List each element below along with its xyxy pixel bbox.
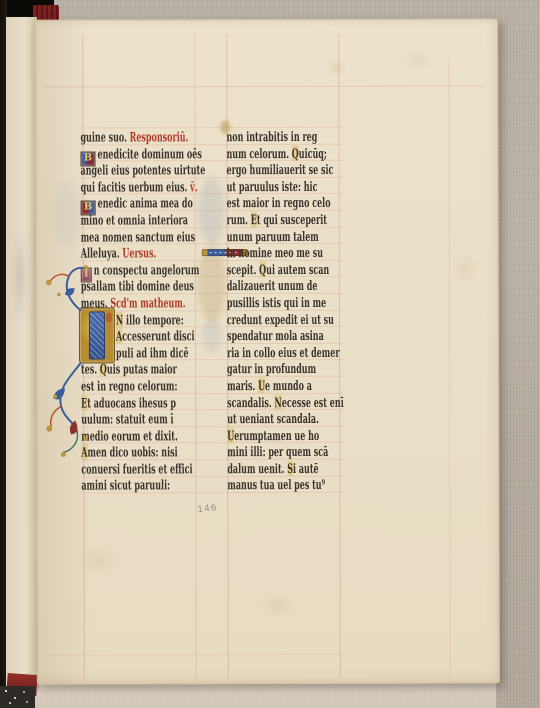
text-line: unum paruum talem <box>227 227 343 244</box>
manuscript-photograph: guine suo. Responsoriū.Benedicite dominu… <box>0 0 540 708</box>
text-segment: ut paruulus iste: hic <box>227 178 318 194</box>
text-segment: v̄. <box>190 178 197 194</box>
text-segment: unum paruum talem <box>227 228 319 244</box>
text-line: amini sicut paruuli: <box>81 477 201 494</box>
text-segment: mini illi: per quem scā <box>227 444 328 460</box>
text-segment: maris. <box>227 377 258 393</box>
text-segment: mea nomen sanctum eius <box>81 228 195 244</box>
text-segment: conuersi fueritis et effici <box>81 461 192 477</box>
text-segment: U <box>227 427 234 443</box>
show-through-ghost <box>10 212 30 342</box>
text-segment: erumptamen ue ho <box>234 427 319 443</box>
text-line: scandalis. Necesse est enī <box>227 393 343 410</box>
text-line: conuersi fueritis et effici <box>81 460 201 477</box>
text-segment: Responsoriū. <box>130 129 189 145</box>
text-line: dalum uenit. Si autē <box>227 460 343 477</box>
ruling-line-horizontal <box>44 85 484 87</box>
text-line: gatur in profundum <box>227 360 343 377</box>
text-segment: enedic anima mea do <box>98 195 193 211</box>
text-line: mea nomen sanctum eius <box>81 228 201 245</box>
text-segment: angeli eius potentes uirtute <box>81 162 206 178</box>
text-segment: scepit. <box>227 261 259 277</box>
ruling-lines <box>36 19 497 20</box>
text-line: ergo humiliauerit se sic <box>227 161 343 178</box>
text-line: Benedicite dominum oēs <box>80 145 200 162</box>
text-segment: guine suo. <box>80 129 129 145</box>
text-line: pusillis istis qui in me <box>227 294 343 311</box>
text-segment: enedicite dominum oēs <box>97 145 201 161</box>
marginal-foliate-decoration <box>41 260 114 460</box>
text-segment: num celorum. <box>226 145 291 161</box>
text-line: est maior in regno celo <box>227 194 343 211</box>
text-line: mini illi: per quem scā <box>227 443 343 460</box>
text-segment: spendatur mola asina <box>227 327 324 343</box>
text-segment: credunt expedit ei ut su <box>227 311 334 327</box>
text-segment: ergo humiliauerit se sic <box>227 162 334 178</box>
text-segment: scandalis. <box>227 394 274 410</box>
text-segment: Scd'm matheum. <box>110 295 185 311</box>
text-segment: Uersus. <box>122 245 156 261</box>
text-line: Benedic anima mea do <box>81 195 201 212</box>
text-line: maris. Ue mundo a <box>227 377 343 394</box>
folio-number-pencil: 146 <box>197 503 218 515</box>
book-cover-corner <box>0 686 35 708</box>
text-line: guine suo. Responsoriū. <box>80 128 200 145</box>
ruling-line-vertical <box>448 60 451 678</box>
text-line: Uerumptamen ue ho <box>227 426 343 443</box>
text-line: credunt expedit ei ut su <box>227 310 343 327</box>
text-segment: i autē <box>293 460 319 476</box>
text-segment: in nomine meo me su <box>227 245 323 261</box>
show-through-ghost <box>199 178 225 244</box>
text-segment: mino et omnia interiora <box>81 212 188 228</box>
text-segment: Alleluya. <box>81 245 123 261</box>
show-through-ghost <box>53 182 81 248</box>
text-line: manus tua uel pes tu⁹ <box>227 476 343 493</box>
text-line: Alleluya. Uersus. <box>81 244 201 261</box>
manuscript-page: guine suo. Responsoriū.Benedicite dominu… <box>35 18 500 684</box>
text-line: ut ueniant scandala. <box>227 410 343 427</box>
text-segment: Q <box>292 145 299 161</box>
text-line: scepit. Qui autem scan <box>227 261 343 278</box>
text-line: ria in collo eius et demer <box>227 344 343 361</box>
text-segment: e mundo a <box>265 377 312 393</box>
text-segment: non intrabitis in reg <box>226 128 317 144</box>
text-segment: manus tua uel pes tu⁹ <box>227 477 325 493</box>
text-line: mino et omnia interiora <box>81 211 201 228</box>
text-segment: ccesserunt disci <box>122 328 194 344</box>
text-segment: ecesse est enī <box>282 394 344 410</box>
text-segment: dalizauerit unum de <box>227 278 318 294</box>
text-line: spendatur mola asina <box>227 327 343 344</box>
text-segment: ut ueniant scandala. <box>227 410 319 426</box>
text-segment: t qui susceperit <box>257 211 327 227</box>
text-line: non intrabitis in reg <box>226 128 342 145</box>
text-segment: amini sicut paruuli: <box>81 477 170 493</box>
underlying-page-edge <box>6 17 37 689</box>
text-segment: gatur in profundum <box>227 361 316 377</box>
text-segment: est maior in regno celo <box>227 195 331 211</box>
text-segment: puli ad ihm dicē <box>116 344 189 360</box>
text-segment: qui facitis uerbum eius. <box>81 178 191 194</box>
text-line: angeli eius potentes uirtute <box>81 161 201 178</box>
text-segment: rum. <box>227 212 251 228</box>
text-segment: uis putas maior <box>107 361 177 377</box>
text-column-right: non intrabitis in regnum celorum. Quicūq… <box>226 128 343 493</box>
text-segment: ui autem scan <box>266 261 329 277</box>
text-line: dalizauerit unum de <box>227 277 343 294</box>
text-segment: dalum uenit. <box>227 460 287 476</box>
text-line: in nomine meo me su <box>227 244 343 261</box>
text-line: qui facitis uerbum eius. v̄. <box>81 178 201 195</box>
text-segment: uicūq; <box>299 145 327 161</box>
text-segment: ria in collo eius et demer <box>227 344 340 360</box>
text-segment: pusillis istis qui in me <box>227 294 326 310</box>
text-segment: illo tempore: <box>123 311 184 327</box>
text-line: num celorum. Quicūq; <box>226 144 342 161</box>
text-line: ut paruulus iste: hic <box>227 178 343 195</box>
text-line: rum. Et qui susceperit <box>227 211 343 228</box>
